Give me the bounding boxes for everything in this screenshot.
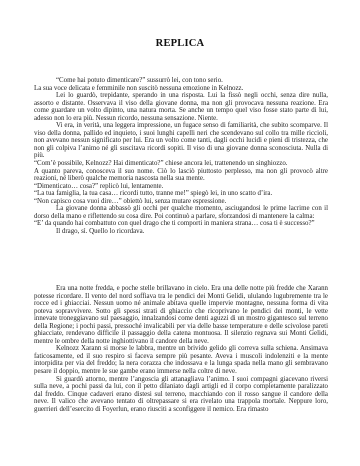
paragraph: “Come hai potuto dimenticare?” sussurrò … (34, 77, 328, 85)
paragraph: “Dimenticato… cosa?” replicò lui, lentam… (34, 183, 328, 191)
paragraph: Il drago, sì. Quello lo ricordava. (34, 228, 328, 236)
paragraph: Era una notte fredda, e poche stelle bri… (34, 285, 328, 345)
section-1: “Come hai potuto dimenticare?” sussurrò … (34, 77, 328, 235)
paragraph: A quanto pareva, conosceva il suo nome. … (34, 168, 328, 183)
chapter-title: REPLICA (0, 38, 360, 49)
paragraph: Vi era, in verità, una leggera impressio… (34, 122, 328, 160)
paragraph: “Com’è possibile, Kelnozz? Hai dimentica… (34, 160, 328, 168)
document-page: REPLICA “Come hai potuto dimenticare?” s… (0, 0, 360, 466)
paragraph: “E’ da quando hai combattuto con quel dr… (34, 220, 328, 228)
section-2: Era una notte fredda, e poche stelle bri… (34, 285, 328, 413)
paragraph: Lei lo guardò, trepidante, sperando in u… (34, 92, 328, 122)
paragraph: La sua voce delicata e femminile non sus… (34, 85, 328, 93)
paragraph: La giovane donna abbassò gli occhi per q… (34, 205, 328, 220)
paragraph: “Non capisco cosa vuoi dire…” obiettò lu… (34, 198, 328, 206)
paragraph: “La tua famiglia, la tua casa… ricordi t… (34, 190, 328, 198)
paragraph: Kelnozz Xarann si morse le labbra, mentr… (34, 345, 328, 375)
paragraph: Si guardò attorno, mentre l’angoscia gli… (34, 376, 328, 414)
